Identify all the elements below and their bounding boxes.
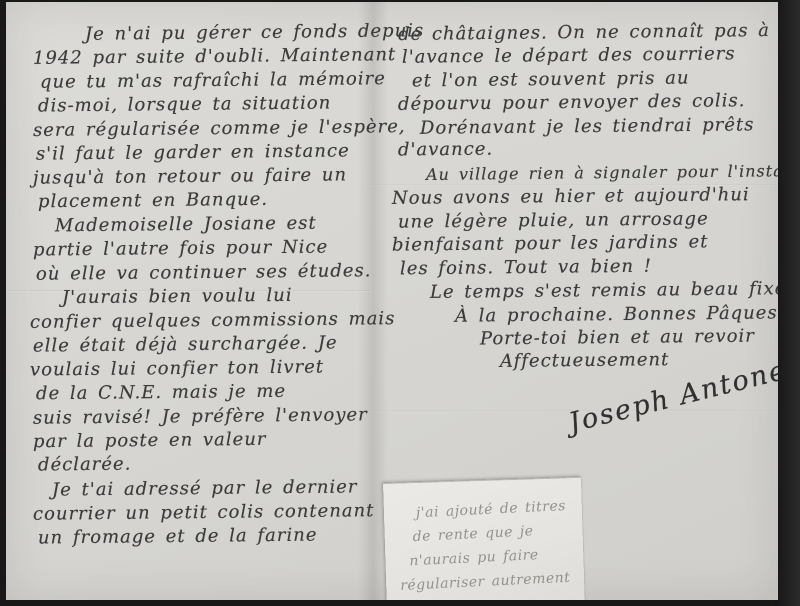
handwritten-line: Dorénavant je les tiendrai prêts xyxy=(420,116,755,138)
handwritten-line: 1942 par suite d'oubli. Maintenant xyxy=(33,46,396,68)
note-slip: j'ai ajouté de titres de rente que je n'… xyxy=(383,477,585,600)
handwritten-line: bienfaisant pour les jardins et xyxy=(392,233,709,254)
handwritten-line: placement en Banque. xyxy=(38,191,268,211)
scan-background: Je n'ai pu gérer ce fonds depuis 1942 pa… xyxy=(0,0,800,606)
handwritten-line: Au village rien à signaler pour l'instan… xyxy=(426,163,778,183)
handwritten-line: dis-moi, lorsque ta situation xyxy=(38,94,331,115)
handwritten-line: Nous avons eu hier et aujourd'hui xyxy=(392,186,750,208)
handwritten-line: les foins. Tout va bien ! xyxy=(400,258,652,279)
handwritten-line: de la C.N.E. mais je me xyxy=(36,383,286,404)
handwritten-line: Affectueusement xyxy=(500,351,669,371)
handwritten-line: Porte-toi bien et au revoir xyxy=(480,328,755,349)
handwritten-line: de châtaignes. On ne connaît pas à xyxy=(398,22,770,44)
handwritten-line: déclarée. xyxy=(38,456,132,475)
handwritten-line: que tu m'as rafraîchi la mémoire xyxy=(40,70,386,92)
handwritten-line: sera régularisée comme je l'espère, xyxy=(33,118,406,140)
handwritten-line: et l'on est souvent pris au xyxy=(412,70,690,91)
handwritten-line: confier quelques commissions mais xyxy=(30,310,396,332)
handwritten-line: s'il faut le garder en instance xyxy=(36,142,350,163)
handwritten-line: jusqu'à ton retour ou faire un xyxy=(33,166,347,187)
handwritten-line: J'aurais bien voulu lui xyxy=(62,287,293,307)
slip-line: de rente que je xyxy=(412,524,533,544)
handwritten-line: elle était déjà surchargée. Je xyxy=(33,334,338,355)
handwritten-line: l'avance le départ des courriers xyxy=(402,45,736,66)
handwritten-line: un fromage et de la farine xyxy=(38,527,318,548)
handwritten-line: À la prochaine. Bonnes Pâques. xyxy=(455,304,778,325)
handwritten-line: courrier un petit colis contenant xyxy=(33,502,375,524)
slip-line: régulariser autrement xyxy=(400,571,571,593)
handwritten-line: Le temps s'est remis au beau fixe. xyxy=(430,280,778,302)
handwritten-line: par la poste en valeur xyxy=(33,431,267,451)
handwritten-line: suis ravisé! Je préfère l'envoyer xyxy=(33,406,368,428)
handwritten-line: Je t'ai adressé par le dernier xyxy=(52,478,358,499)
handwritten-line: voulais lui confier ton livret xyxy=(30,358,324,379)
handwritten-line: Mademoiselle Josiane est xyxy=(55,215,317,236)
letter-sheet: Je n'ai pu gérer ce fonds depuis 1942 pa… xyxy=(6,2,778,600)
slip-line: n'aurais pu faire xyxy=(409,548,539,568)
handwritten-line: Je n'ai pu gérer ce fonds depuis xyxy=(85,22,424,44)
handwritten-line: dépourvu pour envoyer des colis. xyxy=(398,92,746,114)
handwritten-line: une légère pluie, un arrosage xyxy=(398,210,709,231)
slip-line: j'ai ajouté de titres xyxy=(416,499,567,520)
handwritten-line: partie l'autre fois pour Nice xyxy=(33,238,328,259)
handwritten-line: d'avance. xyxy=(398,141,493,160)
handwritten-line: où elle va continuer ses études. xyxy=(36,262,372,284)
